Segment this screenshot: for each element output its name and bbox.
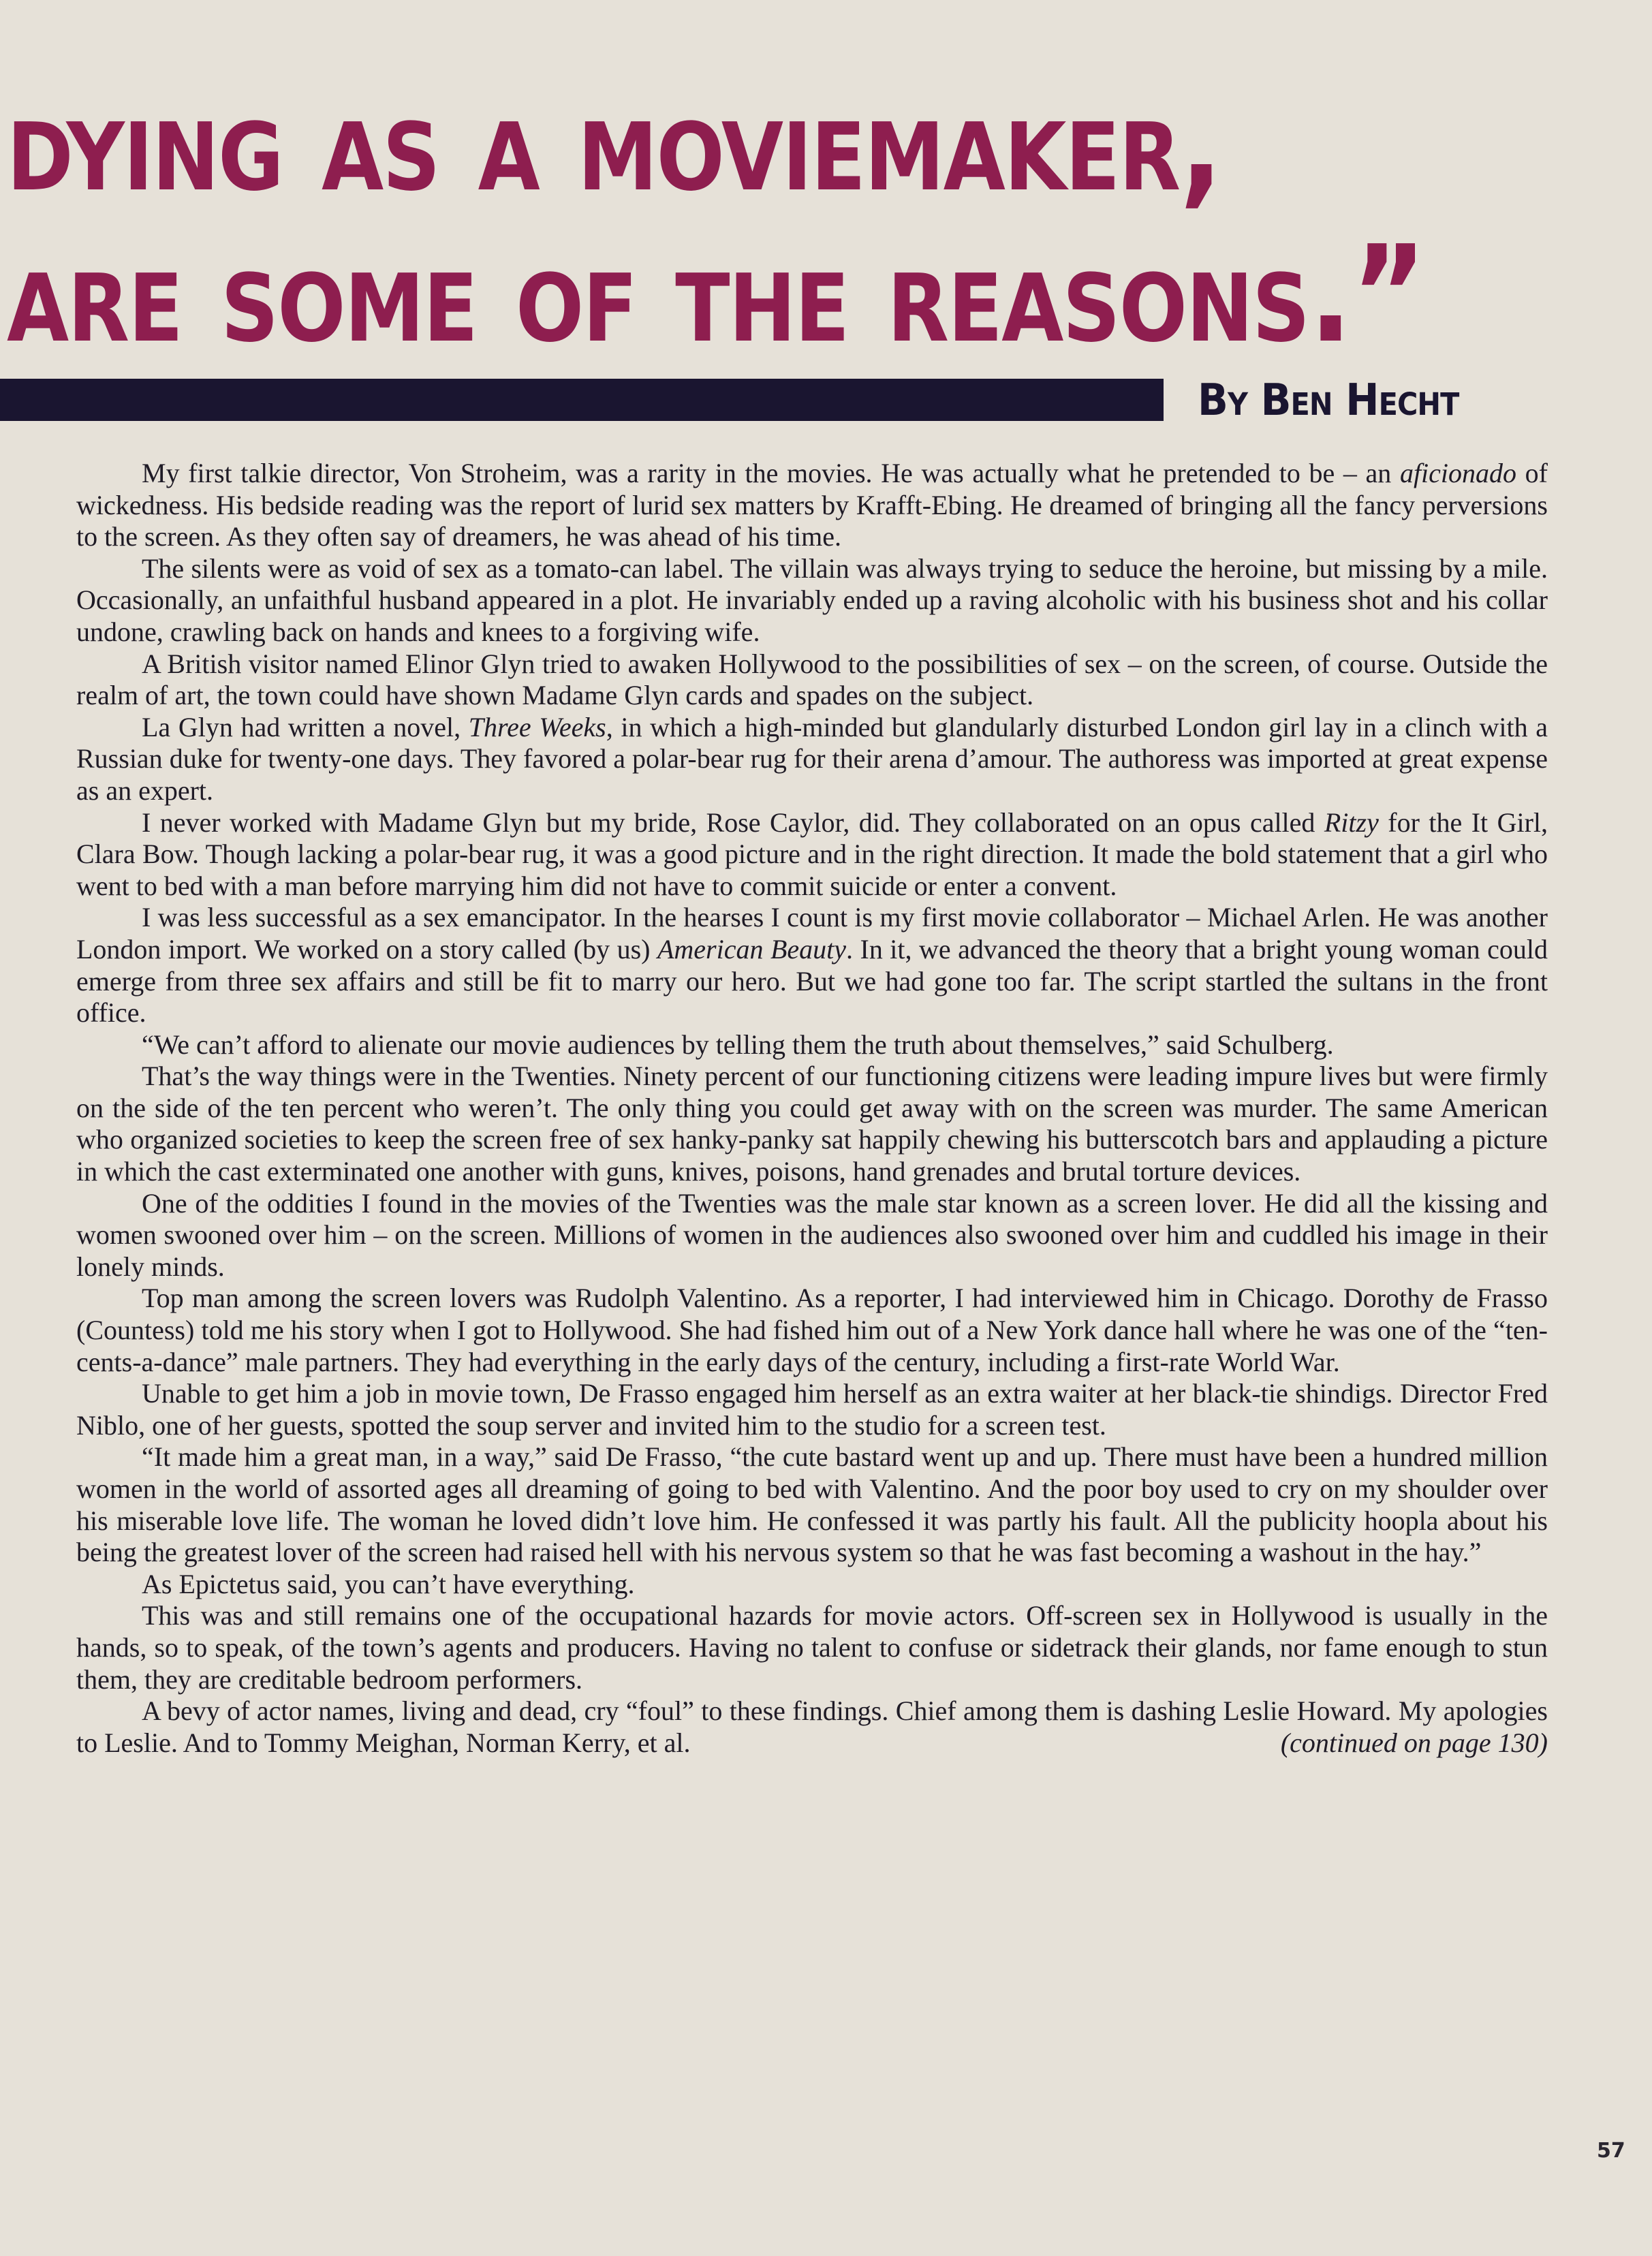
paragraph-text: The silents were as void of sex as a tom… xyxy=(76,553,1548,647)
article-paragraph: I was less successful as a sex emancipat… xyxy=(76,902,1548,1029)
paragraph-text: Top man among the screen lovers was Rudo… xyxy=(76,1283,1548,1377)
article-paragraph: This was and still remains one of the oc… xyxy=(76,1600,1548,1695)
paragraph-text: As Epictetus said, you can’t have everyt… xyxy=(142,1569,635,1599)
magazine-page: dying as a moviemaker, are some of the r… xyxy=(0,0,1652,2256)
article-paragraph: Top man among the screen lovers was Rudo… xyxy=(76,1283,1548,1378)
article-paragraph: La Glyn had written a novel, Three Weeks… xyxy=(76,712,1548,807)
paragraph-text: Unable to get him a job in movie town, D… xyxy=(76,1378,1548,1441)
article-paragraph: My first talkie director, Von Stroheim, … xyxy=(76,458,1548,553)
page-number: 57 xyxy=(1597,2139,1625,2163)
article-headline: dying as a moviemaker, are some of the r… xyxy=(7,68,1615,371)
paragraph-text: That’s the way things were in the Twenti… xyxy=(76,1061,1548,1187)
headline-line-1: dying as a moviemaker, xyxy=(7,68,1390,219)
article-paragraph: One of the oddities I found in the movie… xyxy=(76,1188,1548,1283)
article-paragraph: That’s the way things were in the Twenti… xyxy=(76,1061,1548,1187)
paragraph-text: “We can’t afford to alienate our movie a… xyxy=(142,1029,1334,1060)
italic-title: American Beauty xyxy=(657,934,846,965)
italic-title: aficionado xyxy=(1400,458,1516,488)
paragraph-text: “It made him a great man, in a way,” sai… xyxy=(76,1441,1548,1567)
article-paragraph: The silents were as void of sex as a tom… xyxy=(76,553,1548,648)
byline-row: By Ben Hecht xyxy=(0,376,1652,425)
paragraph-text: I never worked with Madame Glyn but my b… xyxy=(142,807,1324,838)
continued-note: (continued on page 130) xyxy=(1215,1727,1548,1759)
author-byline: By Ben Hecht xyxy=(1198,376,1459,425)
paragraph-text: One of the oddities I found in the movie… xyxy=(76,1188,1548,1282)
paragraph-text: La Glyn had written a novel, xyxy=(142,712,469,742)
article-paragraph: A British visitor named Elinor Glyn trie… xyxy=(76,648,1548,712)
article-paragraph: Unable to get him a job in movie town, D… xyxy=(76,1378,1548,1441)
article-paragraph: A bevy of actor names, living and dead, … xyxy=(76,1695,1548,1759)
article-paragraph: “We can’t afford to alienate our movie a… xyxy=(76,1029,1548,1061)
italic-title: Three Weeks xyxy=(469,712,606,742)
article-body: My first talkie director, Von Stroheim, … xyxy=(76,458,1548,1759)
article-paragraph: I never worked with Madame Glyn but my b… xyxy=(76,807,1548,903)
paragraph-text: My first talkie director, Von Stroheim, … xyxy=(142,458,1400,488)
paragraph-text: A British visitor named Elinor Glyn trie… xyxy=(76,648,1548,711)
italic-title: Ritzy xyxy=(1324,807,1379,838)
paragraph-text: This was and still remains one of the oc… xyxy=(76,1600,1548,1694)
article-paragraph: “It made him a great man, in a way,” sai… xyxy=(76,1441,1548,1568)
article-paragraph: As Epictetus said, you can’t have everyt… xyxy=(76,1569,1548,1601)
headline-line-2: are some of the reasons.” xyxy=(7,219,1390,371)
decorative-rule-bar xyxy=(0,379,1164,421)
